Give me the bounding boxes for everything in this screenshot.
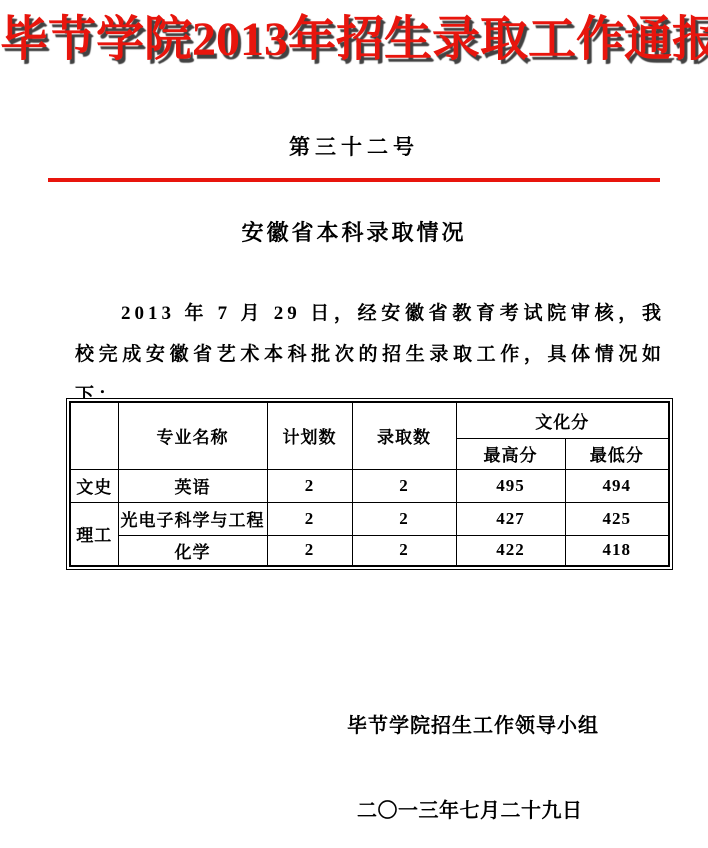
signature-line: 毕节学院招生工作领导小组	[347, 709, 599, 738]
category-cell: 理工	[70, 502, 118, 566]
red-divider-line	[48, 178, 660, 182]
admitted-cell: 2	[352, 535, 456, 566]
header-min-score-cell: 最低分	[565, 438, 669, 469]
admission-table: 专业名称 计划数 录取数 文化分 最高分 最低分 文史 英语 2 2 495 4…	[69, 401, 670, 567]
header-plan-cell: 计划数	[267, 402, 352, 469]
document-number: 第三十二号	[0, 131, 708, 161]
category-cell: 文史	[70, 469, 118, 502]
table-row: 化学 2 2 422 418	[70, 535, 669, 566]
header-admitted-cell: 录取数	[352, 402, 456, 469]
max-score-cell: 422	[456, 535, 565, 566]
min-score-cell: 418	[565, 535, 669, 566]
header-major-cell: 专业名称	[118, 402, 267, 469]
max-score-cell: 495	[456, 469, 565, 502]
major-cell: 光电子科学与工程	[118, 502, 267, 535]
section-title: 安徽省本科录取情况	[0, 216, 708, 247]
date-line: 二〇一三年七月二十九日	[357, 794, 583, 823]
min-score-cell: 494	[565, 469, 669, 502]
header-culture-score-cell: 文化分	[456, 402, 669, 438]
table-row: 理工 光电子科学与工程 2 2 427 425	[70, 502, 669, 535]
admitted-cell: 2	[352, 469, 456, 502]
header-category-cell	[70, 402, 118, 469]
plan-cell: 2	[267, 469, 352, 502]
header-max-score-cell: 最高分	[456, 438, 565, 469]
document-page: 毕节学院2013年招生录取工作通报 第三十二号 安徽省本科录取情况 2013 年…	[0, 0, 708, 848]
admitted-cell: 2	[352, 502, 456, 535]
plan-cell: 2	[267, 535, 352, 566]
max-score-cell: 427	[456, 502, 565, 535]
plan-cell: 2	[267, 502, 352, 535]
major-cell: 化学	[118, 535, 267, 566]
document-title: 毕节学院2013年招生录取工作通报	[0, 2, 708, 78]
min-score-cell: 425	[565, 502, 669, 535]
admission-table-border: 专业名称 计划数 录取数 文化分 最高分 最低分 文史 英语 2 2 495 4…	[66, 398, 673, 570]
major-cell: 英语	[118, 469, 267, 502]
table-header-row-1: 专业名称 计划数 录取数 文化分	[70, 402, 669, 438]
table-row: 文史 英语 2 2 495 494	[70, 469, 669, 502]
